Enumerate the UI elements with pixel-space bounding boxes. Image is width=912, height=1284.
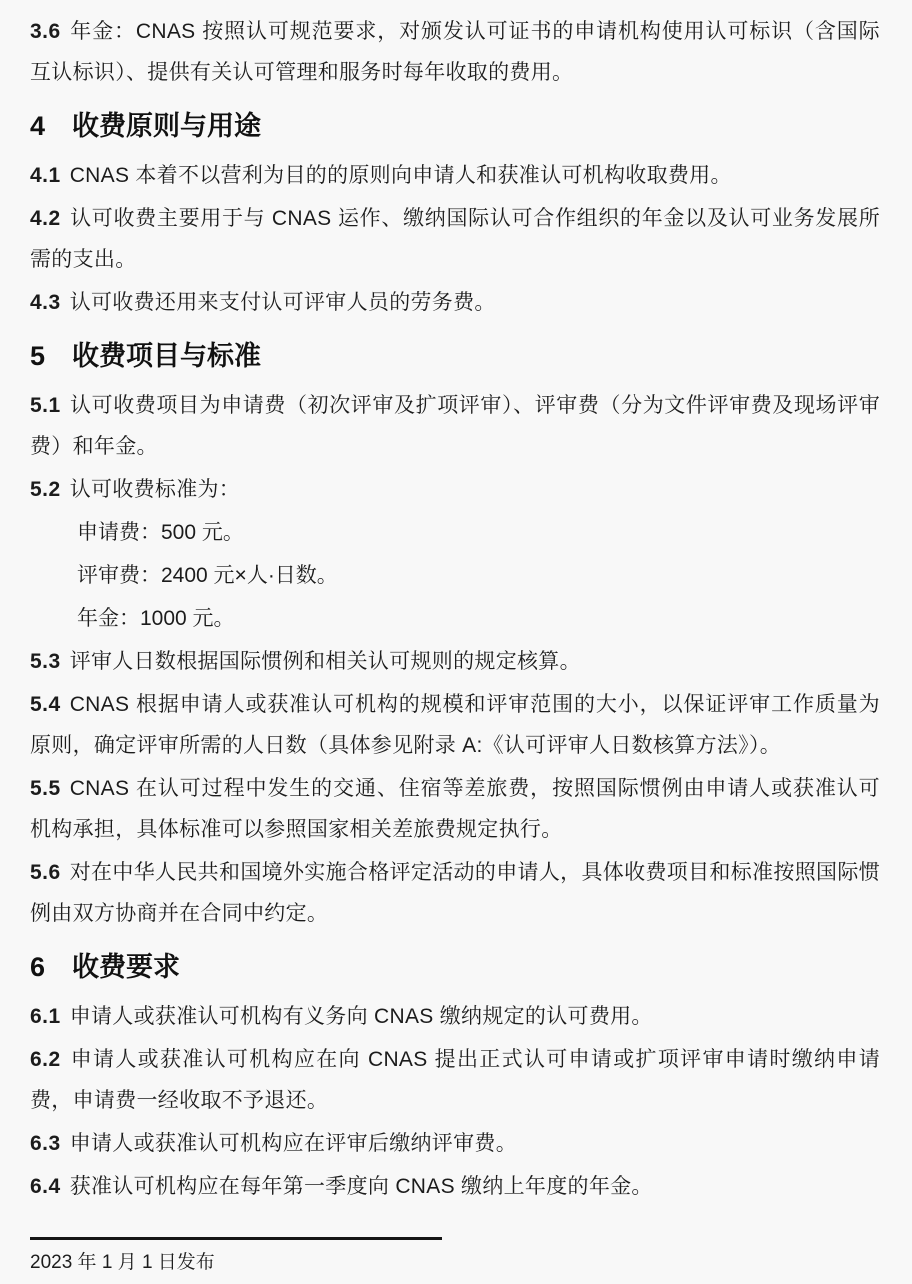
clause-5-4: 5.4CNAS 根据申请人或获准认可机构的规模和评审范围的大小，以保证评审工作质… — [30, 684, 880, 766]
section-heading-6: 6收费要求 — [30, 949, 880, 986]
clause-4-1: 4.1CNAS 本着不以营利为目的的原则向申请人和获准认可机构收取费用。 — [30, 155, 880, 196]
section-6-title: 收费要求 — [72, 952, 180, 982]
footer-divider — [30, 1237, 442, 1240]
clause-3-6-number: 3.6 — [30, 20, 61, 43]
clause-6-2-text: 申请人或获准认可机构应在向 CNAS 提出正式认可申请或扩项评审申请时缴纳申请费… — [30, 1048, 880, 1112]
clause-6-4-text: 获准认可机构应在每年第一季度向 CNAS 缴纳上年度的年金。 — [70, 1175, 653, 1198]
clause-3-6-text: 年金：CNAS 按照认可规范要求，对颁发认可证书的申请机构使用认可标识（含国际互… — [30, 20, 880, 84]
fee-item-application: 申请费：500 元。 — [30, 512, 880, 553]
clause-4-3: 4.3认可收费还用来支付认可评审人员的劳务费。 — [30, 282, 880, 323]
clause-5-5: 5.5CNAS 在认可过程中发生的交通、住宿等差旅费，按照国际惯例由申请人或获准… — [30, 768, 880, 850]
document-page: 3.6年金：CNAS 按照认可规范要求，对颁发认可证书的申请机构使用认可标识（含… — [0, 0, 912, 1284]
clause-5-5-text: CNAS 在认可过程中发生的交通、住宿等差旅费，按照国际惯例由申请人或获准认可机… — [30, 777, 880, 841]
clause-3-6: 3.6年金：CNAS 按照认可规范要求，对颁发认可证书的申请机构使用认可标识（含… — [30, 11, 880, 93]
section-heading-4: 4收费原则与用途 — [30, 108, 880, 145]
clause-5-1: 5.1认可收费项目为申请费（初次评审及扩项评审）、评审费（分为文件评审费及现场评… — [30, 385, 880, 467]
fee-item-annual: 年金：1000 元。 — [30, 598, 880, 639]
clause-6-1: 6.1申请人或获准认可机构有义务向 CNAS 缴纳规定的认可费用。 — [30, 996, 880, 1037]
clause-4-1-number: 4.1 — [30, 164, 61, 187]
page-footer: 2023 年 1 月 1 日发布 — [30, 1237, 880, 1274]
section-4-title: 收费原则与用途 — [72, 111, 261, 141]
clause-5-3: 5.3评审人日数根据国际惯例和相关认可规则的规定核算。 — [30, 641, 880, 682]
clause-5-2-number: 5.2 — [30, 478, 61, 501]
clause-5-6-number: 5.6 — [30, 861, 61, 884]
fee-item-assessment: 评审费：2400 元×人·日数。 — [30, 555, 880, 596]
clause-4-2-number: 4.2 — [30, 207, 61, 230]
clause-6-1-text: 申请人或获准认可机构有义务向 CNAS 缴纳规定的认可费用。 — [70, 1005, 653, 1028]
clause-5-6-text: 对在中华人民共和国境外实施合格评定活动的申请人，具体收费项目和标准按照国际惯例由… — [30, 861, 880, 925]
clause-5-5-number: 5.5 — [30, 777, 61, 800]
section-5-title: 收费项目与标准 — [72, 341, 261, 371]
clause-6-3-text: 申请人或获准认可机构应在评审后缴纳评审费。 — [70, 1132, 517, 1155]
clause-5-6: 5.6对在中华人民共和国境外实施合格评定活动的申请人，具体收费项目和标准按照国际… — [30, 852, 880, 934]
clause-4-3-number: 4.3 — [30, 291, 61, 314]
section-6-number: 6 — [30, 952, 45, 982]
clause-5-1-number: 5.1 — [30, 394, 61, 417]
document-body: 3.6年金：CNAS 按照认可规范要求，对颁发认可证书的申请机构使用认可标识（含… — [0, 0, 912, 1207]
clause-4-3-text: 认可收费还用来支付认可评审人员的劳务费。 — [70, 291, 496, 314]
clause-6-1-number: 6.1 — [30, 1005, 61, 1028]
clause-5-3-number: 5.3 — [30, 650, 61, 673]
clause-6-2-number: 6.2 — [30, 1048, 61, 1071]
clause-5-2-text: 认可收费标准为： — [70, 478, 240, 501]
clause-4-1-text: CNAS 本着不以营利为目的的原则向申请人和获准认可机构收取费用。 — [70, 164, 732, 187]
clause-6-3: 6.3申请人或获准认可机构应在评审后缴纳评审费。 — [30, 1123, 880, 1164]
clause-4-2: 4.2认可收费主要用于与 CNAS 运作、缴纳国际认可合作组织的年金以及认可业务… — [30, 198, 880, 280]
clause-6-2: 6.2申请人或获准认可机构应在向 CNAS 提出正式认可申请或扩项评审申请时缴纳… — [30, 1039, 880, 1121]
clause-6-3-number: 6.3 — [30, 1132, 61, 1155]
section-heading-5: 5收费项目与标准 — [30, 338, 880, 375]
section-4-number: 4 — [30, 111, 45, 141]
clause-4-2-text: 认可收费主要用于与 CNAS 运作、缴纳国际认可合作组织的年金以及认可业务发展所… — [30, 207, 880, 271]
clause-5-2: 5.2认可收费标准为： — [30, 469, 880, 510]
clause-5-1-text: 认可收费项目为申请费（初次评审及扩项评审）、评审费（分为文件评审费及现场评审费）… — [30, 394, 880, 458]
release-date: 2023 年 1 月 1 日发布 — [30, 1247, 880, 1274]
clause-5-4-text: CNAS 根据申请人或获准认可机构的规模和评审范围的大小，以保证评审工作质量为原… — [30, 693, 880, 757]
section-5-number: 5 — [30, 341, 45, 371]
clause-5-4-number: 5.4 — [30, 693, 61, 716]
clause-5-3-text: 评审人日数根据国际惯例和相关认可规则的规定核算。 — [70, 650, 581, 673]
clause-6-4: 6.4获准认可机构应在每年第一季度向 CNAS 缴纳上年度的年金。 — [30, 1166, 880, 1207]
clause-6-4-number: 6.4 — [30, 1175, 61, 1198]
